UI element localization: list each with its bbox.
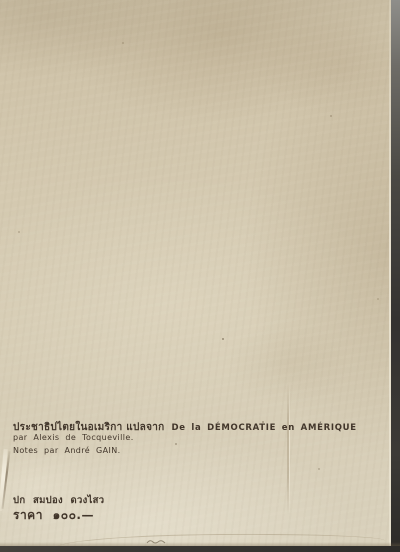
author-line: par Alexis de Tocqueville. (13, 433, 134, 442)
title-line: ประชาธิปไตยในอเมริกา แปลจากDe la DÉMOCRA… (13, 415, 357, 435)
scanner-edge-bottom (0, 546, 400, 552)
foxing-specks (222, 338, 224, 340)
vertical-fold-highlight (289, 383, 290, 515)
book-back-cover-scan: ประชาธิปไตยในอเมริกา แปลจากDe la DÉMOCRA… (0, 0, 400, 552)
vertical-fold-line (287, 383, 289, 515)
title-thai-text: ประชาธิปไตยในอเมริกา แปลจาก (13, 422, 165, 433)
paper-grain-texture (0, 0, 400, 552)
notes-line: Notes par André GAIN. (13, 446, 121, 455)
price-line: ราคา ๑๐๐.— (13, 506, 94, 525)
scanner-edge-right (391, 0, 400, 552)
title-french-text: De la DÉMOCRATIE en AMÉRIQUE (172, 423, 357, 433)
